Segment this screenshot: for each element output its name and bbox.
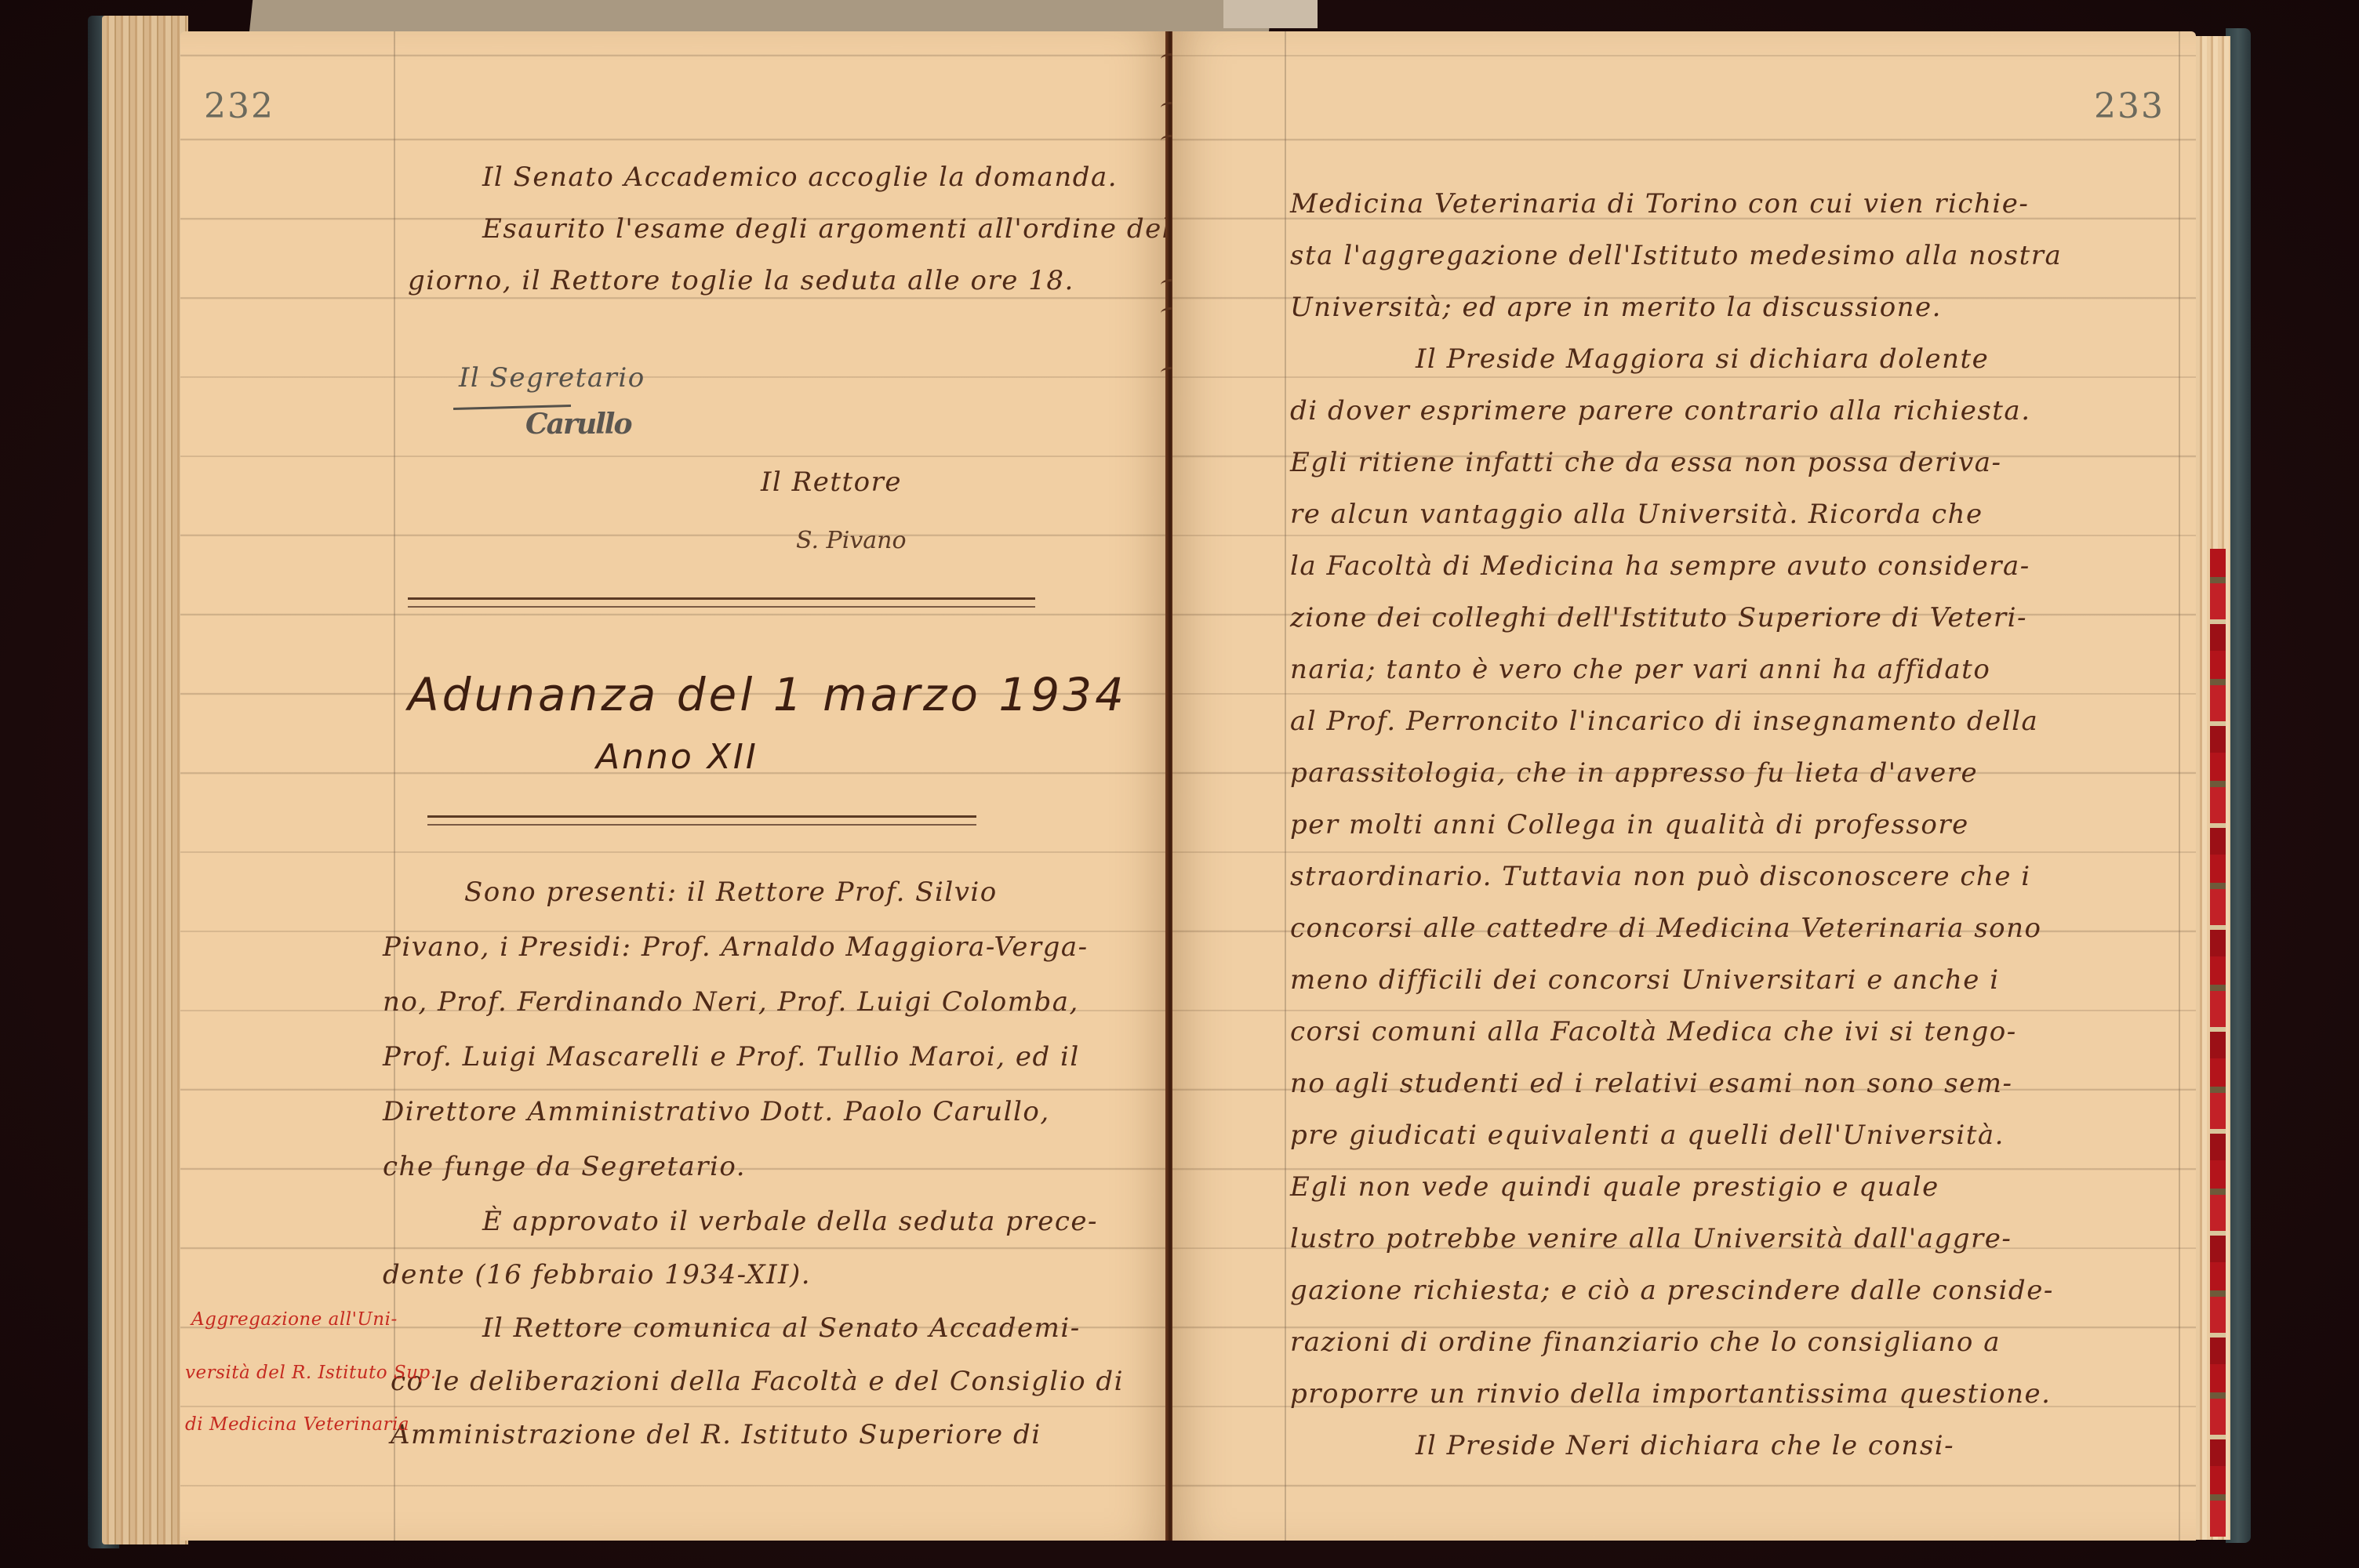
body-line: Medicina Veterinaria di Torino con cui v… [1290, 188, 2029, 220]
body-line: parassitologia, che in appresso fu lieta… [1290, 757, 1978, 789]
body-line: Il Rettore comunica al Senato Accademi- [482, 1312, 1081, 1344]
body-line: gazione richiesta; e ciò a prescindere d… [1290, 1275, 2054, 1306]
body-line: Il Preside Neri dichiara che le consi- [1416, 1430, 1954, 1461]
body-line: Sono presenti: il Rettore Prof. Silvio [464, 877, 998, 908]
body-line: per molti anni Collega in qualità di pro… [1290, 809, 1969, 840]
body-line: zione dei colleghi dell'Istituto Superio… [1290, 602, 2027, 633]
secretary-label: Il Segretario [459, 362, 645, 394]
section-divider [408, 597, 1035, 608]
margin-note-line: di Medicina Veterinaria [185, 1414, 409, 1435]
body-line: Università; ed apre in merito la discuss… [1290, 292, 1942, 323]
loose-sheet-behind [249, 0, 1272, 33]
margin-rule [2179, 31, 2180, 1541]
body-line: Egli non vede quindi quale prestigio e q… [1290, 1171, 1939, 1203]
closing-line: Esaurito l'esame degli argomenti all'ord… [482, 213, 1172, 245]
body-line: co le deliberazioni della Facoltà e del … [391, 1366, 1124, 1397]
body-line: razioni di ordine finanziario che lo con… [1290, 1327, 2001, 1358]
body-line: Pivano, i Presidi: Prof. Arnaldo Maggior… [383, 931, 1089, 963]
body-line: straordinario. Tuttavia non può disconos… [1290, 861, 2031, 892]
page-block-left [102, 16, 188, 1544]
body-line: Prof. Luigi Mascarelli e Prof. Tullio Ma… [383, 1041, 1080, 1073]
rector-signature: S. Pivano [796, 527, 907, 554]
body-line: lustro potrebbe venire alla Università d… [1290, 1223, 2012, 1254]
body-line: la Facoltà di Medicina ha sempre avuto c… [1290, 550, 2030, 582]
body-line: che funge da Segretario. [383, 1151, 746, 1182]
body-line: Il Preside Maggiora si dichiara dolente [1416, 343, 1989, 375]
margin-note-line: Aggregazione all'Uni- [191, 1309, 398, 1330]
left-page: 232 Il Senato Accademico accoglie la dom… [180, 31, 1169, 1541]
rector-label: Il Rettore [761, 466, 902, 498]
body-line: al Prof. Perroncito l'incarico di insegn… [1290, 706, 2038, 737]
body-line: meno difficili dei concorsi Universitari… [1290, 964, 2000, 996]
body-line: no, Prof. Ferdinando Neri, Prof. Luigi C… [383, 986, 1079, 1018]
body-line: Egli ritiene infatti che da essa non pos… [1290, 447, 2001, 478]
closing-line: giorno, il Rettore toglie la seduta alle… [408, 265, 1074, 296]
margin-note-line: versità del R. Istituto Sup. [185, 1363, 437, 1383]
body-line: proporre un rinvio della importantissima… [1290, 1378, 2051, 1410]
body-line: di dover esprimere parere contrario alla… [1290, 395, 2031, 426]
body-line: no agli studenti ed i relativi esami non… [1290, 1068, 2012, 1099]
body-line: sta l'aggregazione dell'Istituto medesim… [1290, 240, 2062, 271]
body-line: pre giudicati equivalenti a quelli dell'… [1290, 1120, 2005, 1151]
body-line: re alcun vantaggio alla Università. Rico… [1290, 499, 1983, 530]
right-page: 233 Medicina Veterinaria di Torino con c… [1172, 31, 2196, 1541]
body-line: concorsi alle cattedre di Medicina Veter… [1290, 913, 2042, 944]
body-line: Amministrazione del R. Istituto Superior… [391, 1419, 1041, 1450]
body-line: Direttore Amministrativo Dott. Paolo Car… [383, 1096, 1050, 1127]
secretary-signature: Carullo [525, 408, 631, 441]
loose-sheet-behind-right [1223, 0, 1318, 28]
margin-rule [1285, 31, 1286, 1541]
body-line: È approvato il verbale della seduta prec… [482, 1206, 1098, 1237]
closing-line: Il Senato Accademico accoglie la domanda… [482, 162, 1118, 193]
body-line: dente (16 febbraio 1934-XII). [383, 1259, 811, 1290]
body-line: naria; tanto è vero che per vari anni ha… [1290, 654, 1990, 685]
section-divider [427, 815, 976, 826]
meeting-subtitle: Anno XII [596, 737, 758, 777]
page-number: 232 [204, 86, 274, 126]
marbled-page-edge [2210, 549, 2226, 1537]
body-line: corsi comuni alla Facoltà Medica che ivi… [1290, 1016, 2017, 1047]
page-number: 233 [2094, 86, 2165, 126]
meeting-title: Adunanza del 1 marzo 1934 [408, 668, 1127, 721]
